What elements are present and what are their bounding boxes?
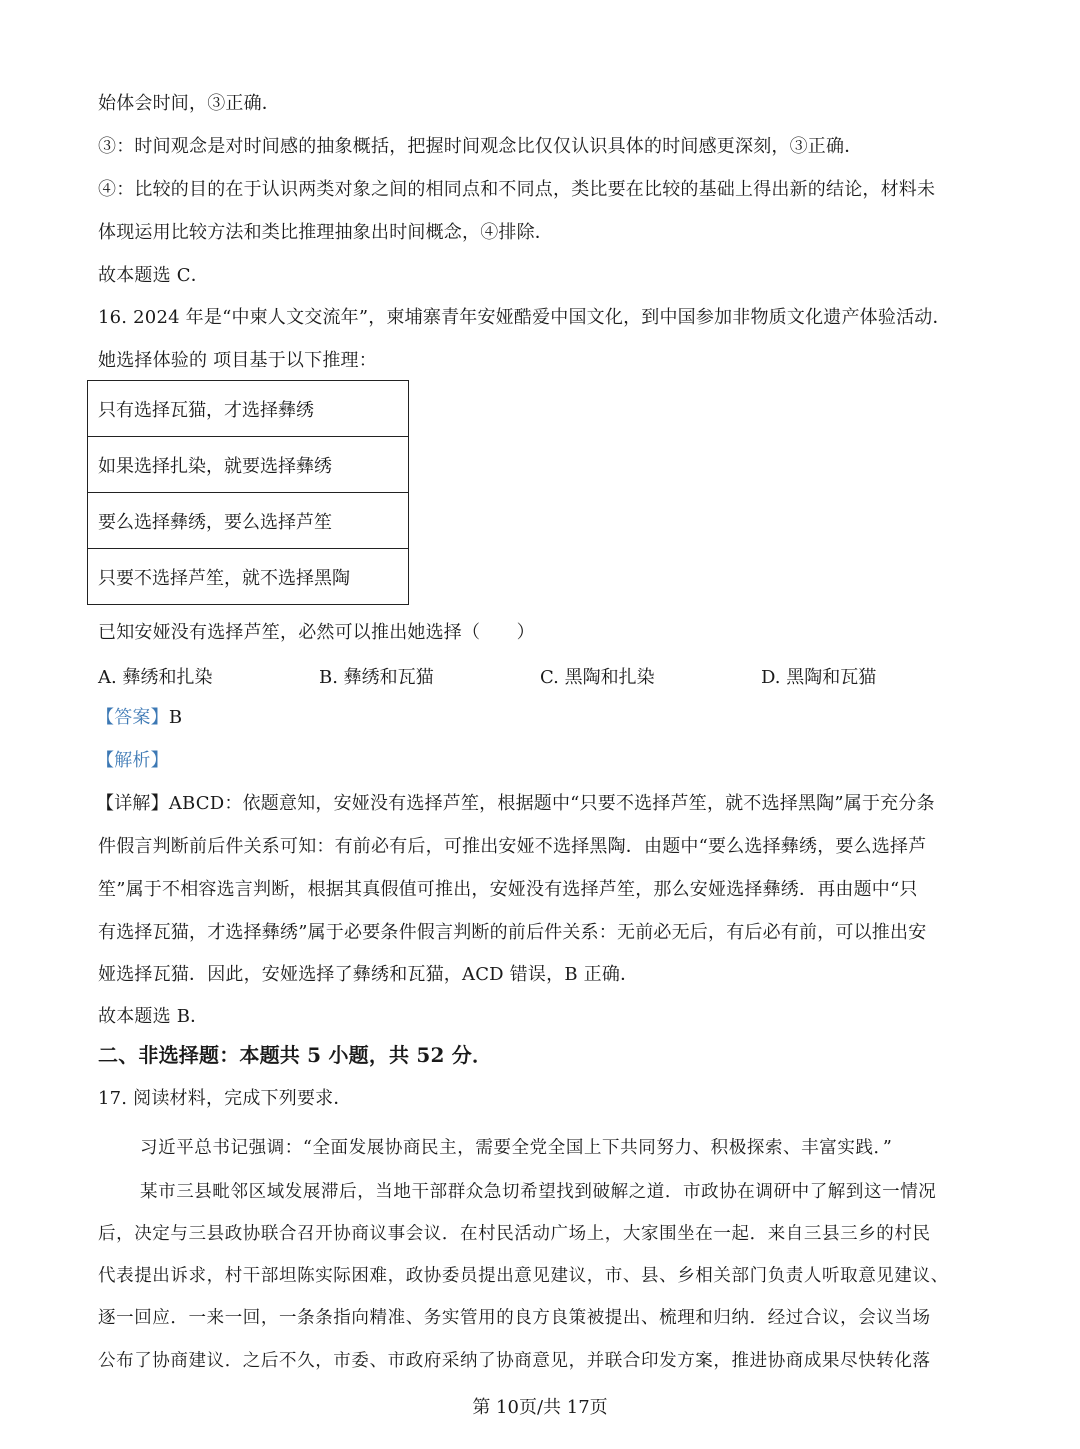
premise-cell: 只有选择瓦猫，才选择彝绣 — [88, 381, 409, 437]
detail-line-4: 有选择瓦猫，才选择彝绣”属于必要条件假言判断的前后件关系：无前必无后，有后必有前… — [98, 921, 990, 945]
continuation-conclusion: 故本题选 C． — [98, 264, 990, 288]
question-16-conclusion: 故本题选 B． — [98, 1005, 990, 1029]
continuation-line-2: ③：时间观念是对时间感的抽象概括，把握时间观念比仅仅认识具体的时间感更深刻，③正… — [98, 135, 990, 159]
exam-page: 始体会时间，③正确． ③：时间观念是对时间感的抽象概括，把握时间观念比仅仅认识具… — [0, 0, 1080, 1449]
answer-value: B — [169, 707, 182, 728]
continuation-line-3: ④：比较的目的在于认识两类对象之间的相同点和不同点，类比要在比较的基础上得出新的… — [98, 178, 990, 202]
answer-tag: 【答案】 — [96, 707, 169, 728]
question-16-stem-line-2: 她选择体验的 项目基于以下推理： — [98, 349, 990, 373]
material-line-5: 逐一回应．一来一回，一条条指向精准、务实管用的良方良策被提出、梳理和归纳．经过合… — [98, 1306, 990, 1330]
detail-line-3: 笙”属于不相容选言判断，根据其真假值可推出，安娅没有选择芦笙，那么安娅选择彝绣．… — [98, 878, 990, 902]
continuation-line-4: 体现运用比较方法和类比推理抽象出时间概念，④排除． — [98, 221, 990, 245]
premise-row: 只有选择瓦猫，才选择彝绣 — [88, 381, 409, 437]
premise-cell: 要么选择彝绣，要么选择芦笙 — [88, 493, 409, 549]
answer-options: A. 彝绣和扎染 B. 彝绣和瓦猫 C. 黑陶和扎染 D. 黑陶和瓦猫 — [98, 663, 998, 687]
question-16-prompt: 已知安娅没有选择芦笙，必然可以推出她选择（ ） — [98, 621, 990, 645]
option-b: B. 彝绣和瓦猫 — [319, 663, 434, 689]
material-line-2: 某市三县毗邻区域发展滞后，当地干部群众急切希望找到破解之道．市政协在调研中了解到… — [140, 1180, 990, 1204]
premise-row: 要么选择彝绣，要么选择芦笙 — [88, 493, 409, 549]
continuation-line-1: 始体会时间，③正确． — [98, 92, 990, 116]
question-16-stem-line-1: 16. 2024 年是“中柬人文交流年”，柬埔寨青年安娅酷爱中国文化，到中国参加… — [98, 306, 990, 330]
question-17-stem: 17. 阅读材料，完成下列要求． — [98, 1087, 990, 1111]
material-line-6: 公布了协商建议．之后不久，市委、市政府采纳了协商意见，并联合印发方案，推进协商成… — [98, 1349, 990, 1373]
page-indicator: 第 10页/共 17页 — [0, 1393, 1080, 1419]
detail-line-1: 【详解】ABCD：依题意知，安娅没有选择芦笙，根据题中“只要不选择芦笙，就不选择… — [96, 792, 990, 816]
section-2-heading: 二、非选择题：本题共 5 小题，共 52 分． — [98, 1043, 990, 1067]
material-line-4: 代表提出诉求，村干部坦陈实际困难，政协委员提出意见建议，市、县、乡相关部门负责人… — [98, 1264, 990, 1288]
analysis-tag: 【解析】 — [96, 749, 990, 773]
premise-cell: 如果选择扎染，就要选择彝绣 — [88, 437, 409, 493]
detail-line-5: 娅选择瓦猫．因此，安娅选择了彝绣和瓦猫，ACD 错误，B 正确． — [98, 963, 990, 987]
premise-cell: 只要不选择芦笙，就不选择黑陶 — [88, 549, 409, 605]
detail-line-2: 件假言判断前后件关系可知：有前必有后，可推出安娅不选择黑陶．由题中“要么选择彝绣… — [98, 835, 990, 859]
material-line-3: 后，决定与三县政协联合召开协商议事会议．在村民活动广场上，大家围坐在一起．来自三… — [98, 1222, 990, 1246]
option-a: A. 彝绣和扎染 — [98, 663, 212, 689]
option-d: D. 黑陶和瓦猫 — [761, 663, 876, 689]
material-quote: 习近平总书记强调：“全面发展协商民主，需要全党全国上下共同努力、积极探索、丰富实… — [140, 1136, 990, 1160]
option-c: C. 黑陶和扎染 — [540, 663, 655, 689]
premises-table: 只有选择瓦猫，才选择彝绣 如果选择扎染，就要选择彝绣 要么选择彝绣，要么选择芦笙… — [87, 380, 409, 605]
detail-text: ABCD：依题意知，安娅没有选择芦笙，根据题中“只要不选择芦笙，就不选择黑陶”属… — [169, 793, 935, 814]
answer-line: 【答案】B — [96, 706, 990, 730]
premise-row: 只要不选择芦笙，就不选择黑陶 — [88, 549, 409, 605]
premise-row: 如果选择扎染，就要选择彝绣 — [88, 437, 409, 493]
detail-tag: 【详解】 — [96, 793, 169, 814]
